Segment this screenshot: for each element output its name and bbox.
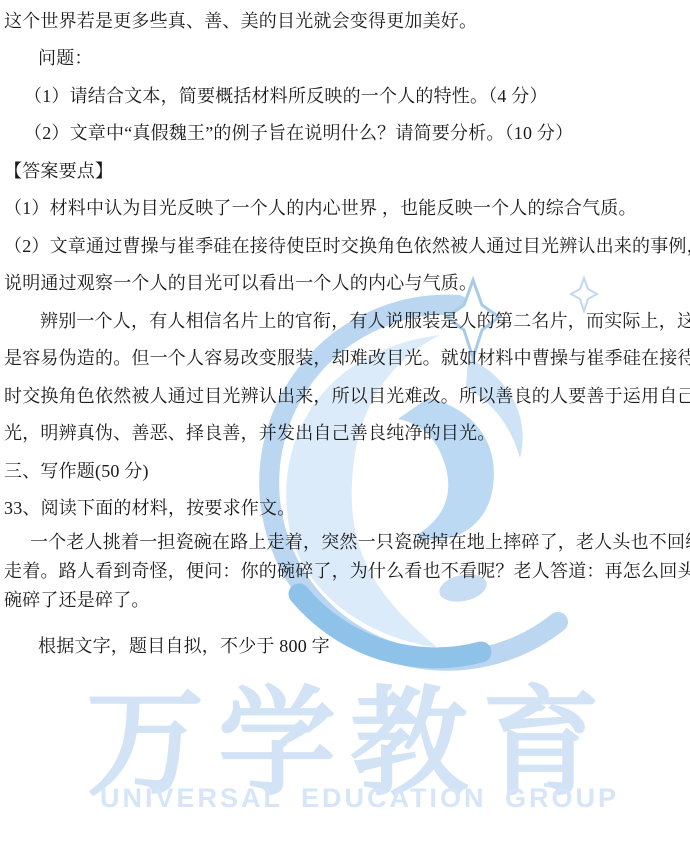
analysis-line-4: 光，明辨真伪、善恶、择良善，并发出自己善良纯净的目光。 [0,414,690,452]
closing-line: 这个世界若是更多些真、善、美的目光就会变得更加美好。 [0,1,690,39]
question-2: （2）文章中“真假魏王”的例子旨在说明什么？请简要分析。（10 分） [0,114,690,152]
analysis-line-1: 辨别一个人，有人相信名片上的官衔，有人说服装是人的第二名片，而实际上，这两者 [0,301,690,339]
answer-key-header: 【答案要点】 [0,151,690,189]
watermark-brand-english: UNIVERSAL EDUCATION GROUP [100,783,619,814]
answer-2-line-2: 说明通过观察一个人的目光可以看出一个人的内心与气质。 [0,264,690,302]
material-line-2: 走着。路人看到奇怪，便问：你的碗碎了，为什么看也不看呢？老人答道：再怎么回头看， [0,555,690,584]
analysis-line-2: 是容易伪造的。但一个人容易改变服装，却难改目光。就如材料中曹操与崔季硅在接待使臣 [0,339,690,377]
analysis-line-3: 时交换角色依然被人通过目光辨认出来，所以目光难改。所以善良的人要善于运用自己的目 [0,376,690,414]
answer-2-line-1: （2）文章通过曹操与崔季硅在接待使臣时交换角色依然被人通过目光辨认出来的事例，来 [0,226,690,264]
document-page: 万学教育 UNIVERSAL EDUCATION GROUP 这个世界若是更多些… [0,0,690,845]
writing-requirement: 根据文字，题目自拟，不少于 800 字 [0,626,690,664]
writing-item-line: 33、阅读下面的材料，按要求作文。 [0,489,690,527]
answer-1: （1）材料中认为目光反映了一个人的内心世界 ，也能反映一个人的综合气质。 [0,189,690,227]
writing-section-header: 三、写作题(50 分) [0,451,690,489]
material-line-3: 碗碎了还是碎了。 [0,584,690,613]
question-1: （1）请结合文本，简要概括材料所反映的一个人的特性。（4 分） [0,76,690,114]
questions-label: 问题： [0,39,690,77]
material-line-1: 一个老人挑着一担瓷碗在路上走着，突然一只瓷碗掉在地上摔碎了，老人头也不回继续 [0,526,690,555]
document-content: 这个世界若是更多些真、善、美的目光就会变得更加美好。 问题： （1）请结合文本，… [0,1,690,664]
